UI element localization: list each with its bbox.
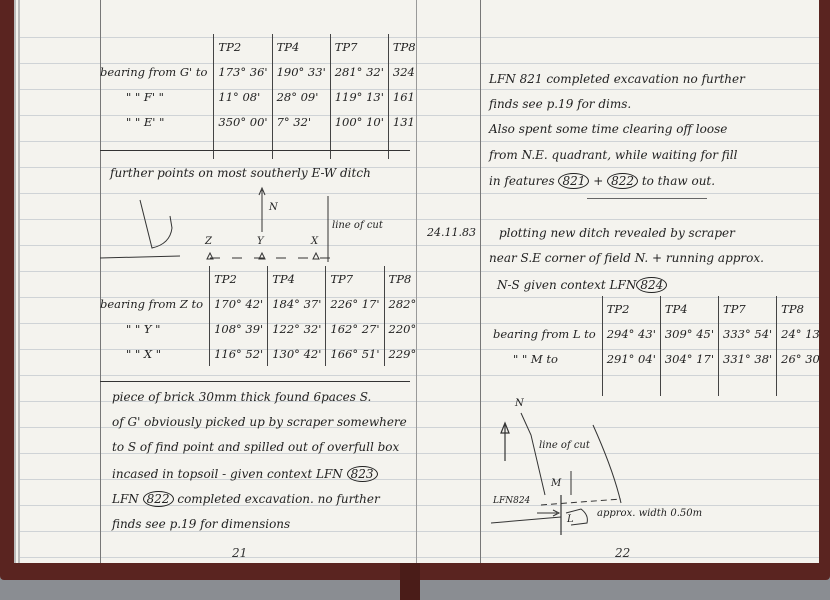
note-line: LFN 821 completed excavation no further: [489, 72, 745, 86]
note-line: near S.E corner of field N. + running ap…: [489, 251, 764, 265]
point-x-label: X: [311, 236, 318, 247]
note-line: finds see p.19 for dimensions: [112, 517, 290, 531]
point-l-label: L: [567, 514, 574, 525]
note-line: LFN 822 completed excavation. no further: [112, 491, 380, 507]
point-y-label: Y: [257, 236, 264, 247]
column-header: TP2: [602, 296, 660, 321]
column-header: TP2: [214, 34, 272, 59]
width-label: approx. width 0.50m: [597, 508, 702, 519]
page-number: 21: [232, 546, 247, 560]
bearing-table-g-e-f: TP2 TP4 TP7 TP8 bearing from G' to 173° …: [96, 34, 422, 159]
column-header: TP4: [268, 266, 326, 291]
note-line: incased in topsoil - given context LFN 8…: [112, 466, 378, 482]
note-line: piece of brick 30mm thick found 6paces S…: [112, 390, 371, 404]
north-label: N: [269, 202, 278, 213]
line-of-cut-label: line of cut: [539, 440, 590, 451]
divider: [100, 381, 410, 382]
column-header: TP7: [326, 266, 384, 291]
table-row: bearing from G' to 173° 36' 190° 33' 281…: [96, 59, 422, 84]
column-header: TP4: [272, 34, 330, 59]
circled-context-number: 822: [607, 173, 638, 189]
circled-context-number: 823: [347, 466, 378, 482]
left-page: TP2 TP4 TP7 TP8 bearing from G' to 173° …: [14, 0, 422, 563]
column-header: TP4: [660, 296, 718, 321]
divider: [100, 150, 410, 151]
column-header: TP8: [777, 296, 819, 321]
entry-date: 24.11.83: [427, 226, 476, 239]
point-z-label: Z: [205, 236, 212, 247]
page-number: 22: [615, 546, 630, 560]
notebook-spine: [400, 560, 420, 600]
feature-label: LFN824: [493, 496, 530, 506]
note-line: from N.E. quadrant, while waiting for fi…: [489, 148, 737, 162]
table-row: " " M to 291° 04' 304° 17' 331° 38' 26° …: [489, 346, 819, 371]
column-header: TP7: [330, 34, 388, 59]
bearing-table-z-y-x: TP2 TP4 TP7 TP8 bearing from Z to 170° 4…: [96, 266, 422, 366]
table-row: " " X " 116° 52' 130° 42' 166° 51' 229° …: [96, 341, 422, 366]
table-row: " " Y " 108° 39' 122° 32' 162° 27' 220° …: [96, 316, 422, 341]
note-line: N-S given context LFN824: [497, 277, 667, 293]
circled-context-number: 822: [143, 491, 174, 507]
table-row: " " F' " 11° 08' 28° 09' 119° 13' 161° 4…: [96, 84, 422, 109]
divider: [587, 198, 707, 199]
table-row: " " E' " 350° 00' 7° 32' 100° 10' 131° 5…: [96, 109, 422, 134]
point-m-label: M: [551, 478, 561, 489]
circled-context-number: 824: [636, 277, 667, 293]
note-line: of G' obviously picked up by scraper som…: [112, 415, 407, 429]
sketch-caption: further points on most southerly E-W dit…: [110, 166, 371, 180]
right-page: LFN 821 completed excavation no further …: [416, 0, 819, 563]
note-line: to S of find point and spilled out of ov…: [112, 440, 399, 454]
column-header: TP7: [719, 296, 777, 321]
note-line: finds see p.19 for dims.: [489, 97, 631, 111]
column-header: TP2: [210, 266, 268, 291]
table-row: bearing from L to 294° 43' 309° 45' 333°…: [489, 321, 819, 346]
note-line: plotting new ditch revealed by scraper: [499, 226, 735, 240]
circled-context-number: 821: [558, 173, 589, 189]
table-row: bearing from Z to 170° 42' 184° 37' 226°…: [96, 291, 422, 316]
line-of-cut-label: line of cut: [332, 220, 383, 231]
note-line: Also spent some time clearing off loose: [489, 122, 727, 136]
note-line: in features 821 + 822 to thaw out.: [489, 173, 715, 189]
bearing-table-l-m: TP2 TP4 TP7 TP8 bearing from L to 294° 4…: [489, 296, 819, 396]
north-label: N: [515, 398, 524, 409]
